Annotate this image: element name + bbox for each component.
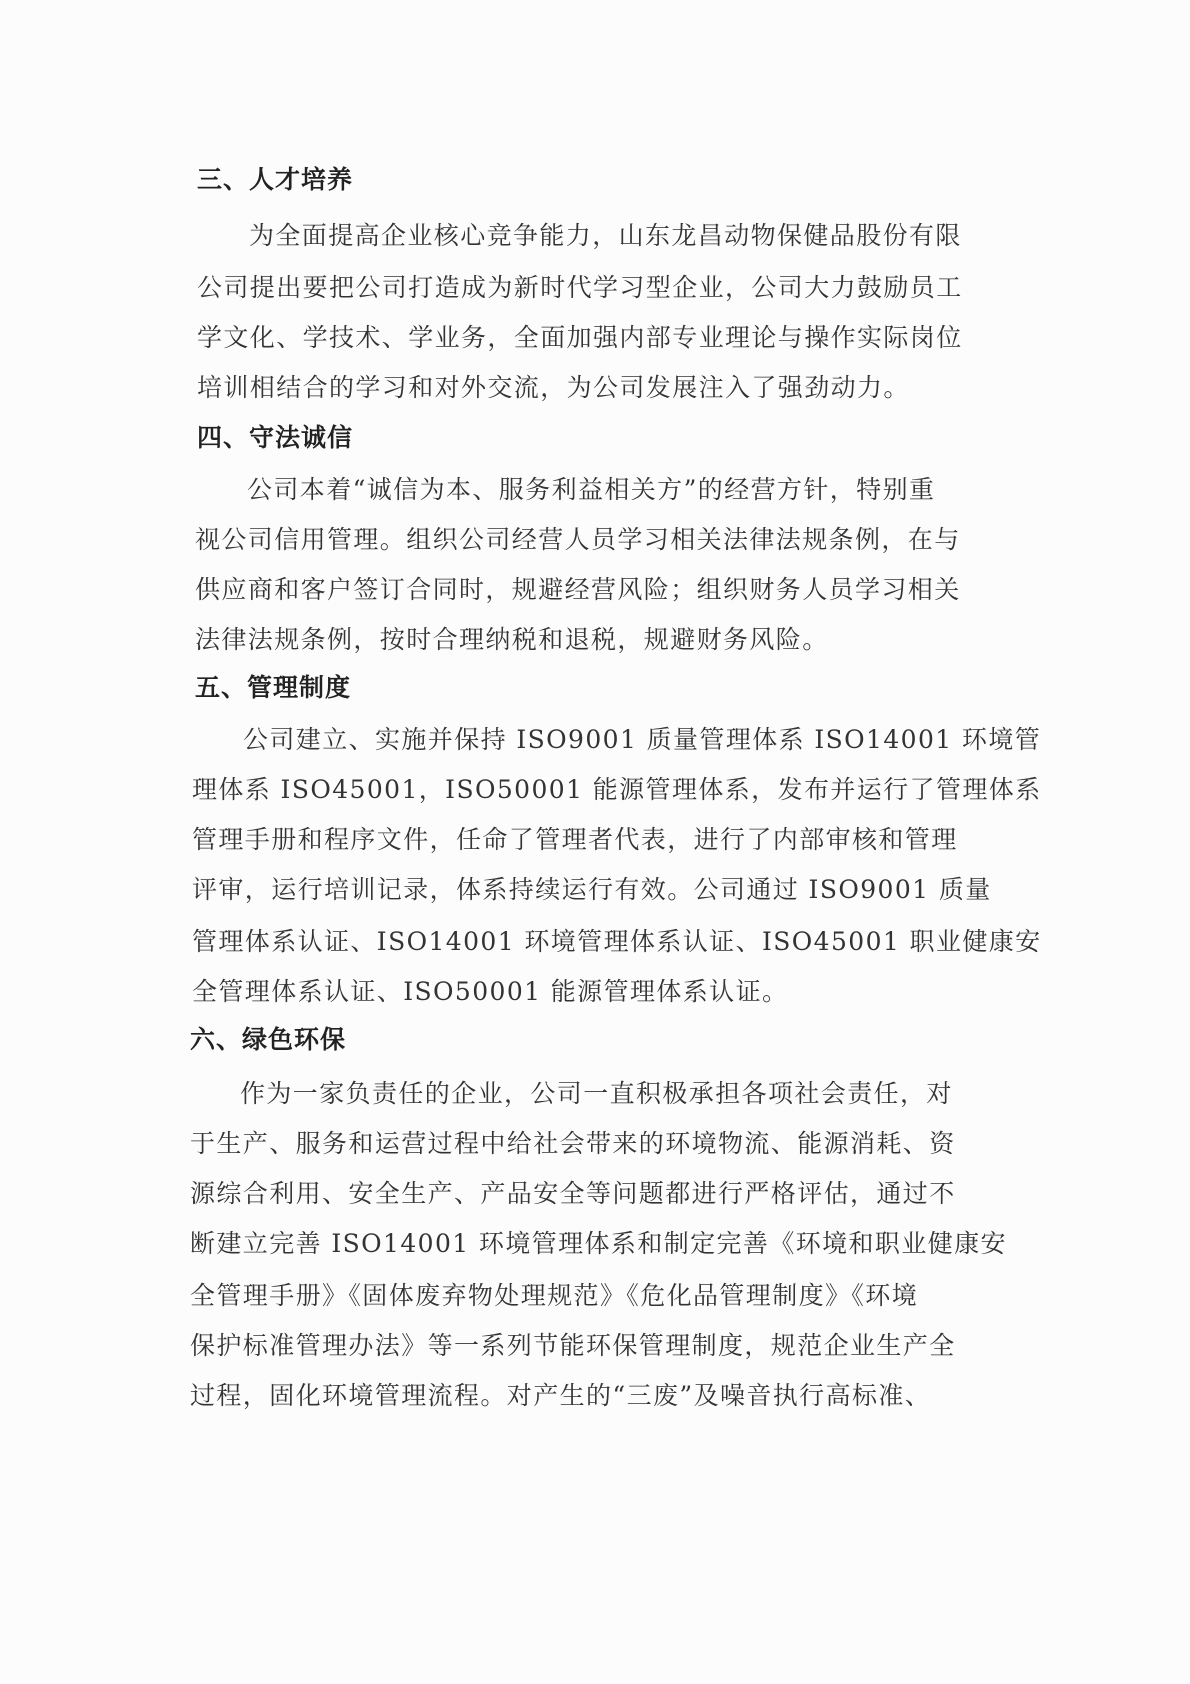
- section-heading-integrity: 四、守法诚信: [197, 423, 353, 453]
- section-heading-talent: 三、人才培养: [197, 165, 353, 195]
- paragraph-line: 公司本着“诚信为本、服务利益相关方”的经营方针，特别重: [247, 475, 935, 505]
- paragraph-line: 公司建立、实施并保持 ISO9001 质量管理体系 ISO14001 环境管: [243, 725, 1041, 755]
- paragraph-line: 供应商和客户签订合同时，规避经营风险；组织财务人员学习相关: [195, 575, 961, 605]
- paragraph-line: 源综合利用、安全生产、产品安全等问题都进行严格评估，通过不: [190, 1179, 956, 1209]
- paragraph-line: 管理手册和程序文件，任命了管理者代表，进行了内部审核和管理: [192, 825, 958, 855]
- paragraph-line: 法律法规条例，按时合理纳税和退税，规避财务风险。: [195, 625, 829, 655]
- paragraph-line: 为全面提高企业核心竞争能力，山东龙昌动物保健品股份有限: [249, 221, 962, 251]
- paragraph-line: 视公司信用管理。组织公司经营人员学习相关法律法规条例，在与: [195, 525, 961, 555]
- paragraph-line: 全管理手册》《固体废弃物处理规范》《危化品管理制度》《环境: [190, 1281, 918, 1311]
- paragraph-line: 理体系 ISO45001，ISO50001 能源管理体系，发布并运行了管理体系: [192, 775, 1042, 805]
- paragraph-line: 培训相结合的学习和对外交流，为公司发展注入了强劲动力。: [197, 373, 910, 403]
- paragraph-line: 保护标准管理办法》等一系列节能环保管理制度，规范企业生产全: [190, 1331, 956, 1361]
- paragraph-line: 断建立完善 ISO14001 环境管理体系和制定完善《环境和职业健康安: [190, 1229, 1007, 1259]
- paragraph-line: 管理体系认证、ISO14001 环境管理体系认证、ISO45001 职业健康安: [192, 927, 1042, 957]
- paragraph-line: 公司提出要把公司打造成为新时代学习型企业，公司大力鼓励员工: [197, 273, 963, 303]
- paragraph-line: 于生产、服务和运营过程中给社会带来的环境物流、能源消耗、资: [190, 1129, 956, 1159]
- paragraph-line: 评审，运行培训记录，体系持续运行有效。公司通过 ISO9001 质量: [192, 875, 992, 905]
- document-page: 三、人才培养 为全面提高企业核心竞争能力，山东龙昌动物保健品股份有限 公司提出要…: [0, 0, 1190, 1684]
- section-heading-environment: 六、绿色环保: [190, 1025, 346, 1055]
- paragraph-line: 过程，固化环境管理流程。对产生的“三废”及噪音执行高标准、: [190, 1381, 931, 1411]
- section-heading-management: 五、管理制度: [195, 673, 351, 703]
- paragraph-line: 全管理体系认证、ISO50001 能源管理体系认证。: [192, 977, 788, 1007]
- paragraph-line: 作为一家负责任的企业，公司一直积极承担各项社会责任，对: [240, 1079, 953, 1109]
- paragraph-line: 学文化、学技术、学业务，全面加强内部专业理论与操作实际岗位: [197, 323, 963, 353]
